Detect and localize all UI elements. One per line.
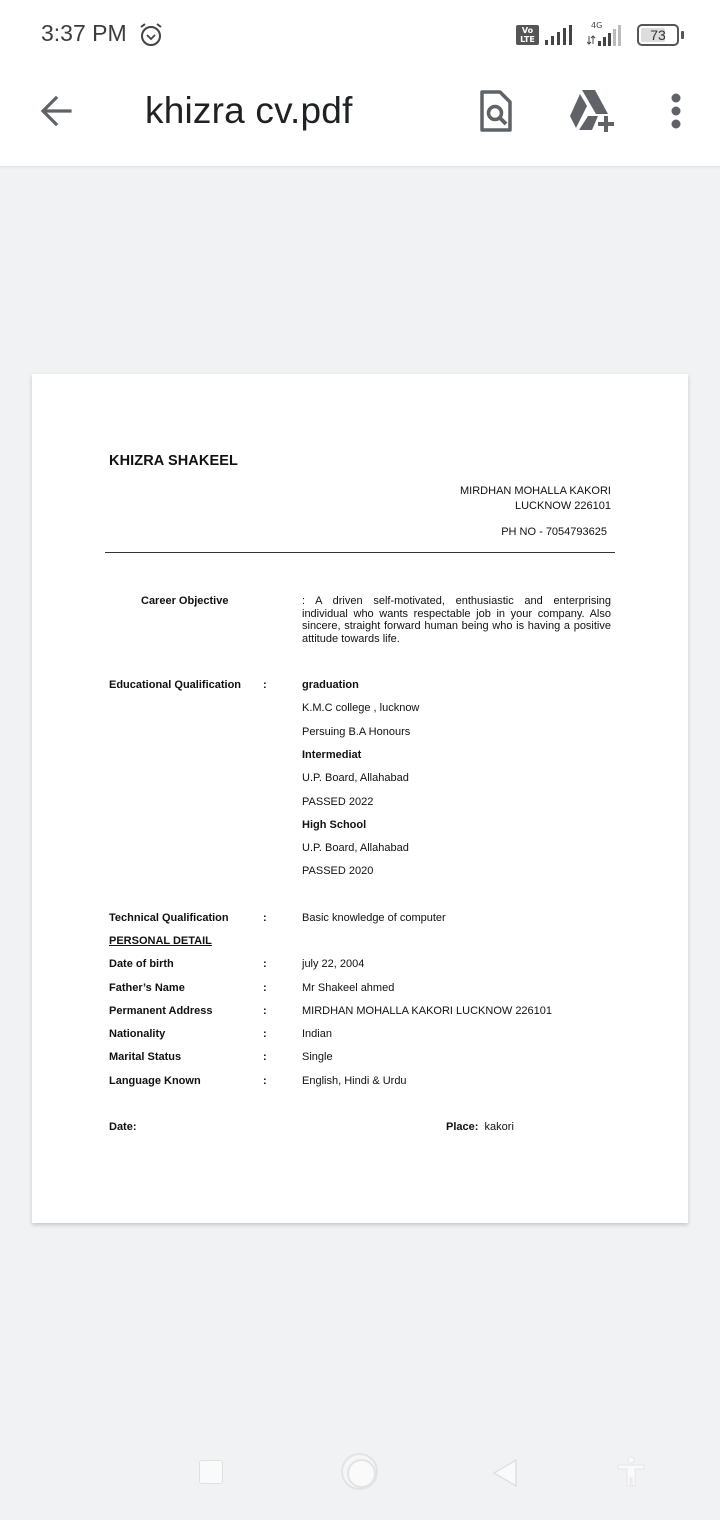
career-objective-label: Career Objective [141, 595, 228, 607]
personal-value: july 22, 2004 [302, 958, 364, 970]
education-line: graduation [302, 679, 359, 691]
system-nav-bar [0, 1430, 720, 1520]
personal-colon: : [263, 958, 267, 970]
volte-icon: Vo LTE [516, 25, 539, 45]
battery-tip [681, 31, 684, 39]
signal-4g-icon: 4G [587, 20, 627, 46]
address-line-2: LUCKNOW 226101 [460, 499, 611, 514]
search-document-icon[interactable] [478, 88, 514, 134]
personal-detail-heading: PERSONAL DETAIL [109, 935, 212, 947]
network-type-label: 4G [591, 21, 602, 30]
education-line: High School [302, 819, 366, 831]
accessibility-icon[interactable] [616, 1456, 646, 1488]
education-line: U.P. Board, Allahabad [302, 842, 409, 854]
place-field: Place: kakori [446, 1121, 514, 1133]
back-arrow-icon[interactable] [36, 90, 78, 132]
education-line: U.P. Board, Allahabad [302, 772, 409, 784]
personal-colon: : [263, 1051, 267, 1063]
cv-name: KHIZRA SHAKEEL [109, 453, 238, 469]
status-time: 3:37 PM [41, 20, 127, 47]
place-label: Place: [446, 1121, 478, 1133]
header-divider [105, 552, 615, 553]
education-line: PASSED 2022 [302, 796, 373, 808]
personal-colon: : [263, 1075, 267, 1087]
document-title: khizra cv.pdf [145, 90, 353, 132]
address-line-1: MIRDHAN MOHALLA KAKORI [460, 484, 611, 499]
pdf-page[interactable]: KHIZRA SHAKEEL MIRDHAN MOHALLA KAKORI LU… [32, 374, 688, 1223]
date-label: Date: [109, 1121, 137, 1133]
drive-add-icon[interactable] [568, 88, 618, 134]
battery-icon: 73 [637, 24, 679, 46]
personal-label: Father’s Name [109, 982, 185, 994]
volte-bottom: LTE [516, 35, 539, 44]
education-line: Persuing B.A Honours [302, 726, 410, 738]
personal-label: Language Known [109, 1075, 201, 1087]
education-line: Intermediat [302, 749, 361, 761]
personal-label: Permanent Address [109, 1005, 213, 1017]
personal-label: Marital Status [109, 1051, 181, 1063]
education-line: K.M.C college , lucknow [302, 702, 419, 714]
place-value: kakori [485, 1121, 514, 1133]
technical-label: Technical Qualification [109, 912, 229, 924]
personal-colon: : [263, 1005, 267, 1017]
career-objective-text: : A driven self-motivated, enthusiastic … [302, 595, 611, 645]
education-label: Educational Qualification [109, 679, 241, 691]
recents-button[interactable] [199, 1460, 223, 1484]
status-bar: 3:37 PM Vo LTE 4G 73 [0, 0, 720, 70]
app-bar: khizra cv.pdf [0, 70, 720, 167]
battery-percent: 73 [639, 27, 677, 43]
personal-value: MIRDHAN MOHALLA KAKORI LUCKNOW 226101 [302, 1005, 552, 1017]
personal-colon: : [263, 982, 267, 994]
technical-value: Basic knowledge of computer [302, 912, 446, 924]
personal-label: Nationality [109, 1028, 165, 1040]
alarm-icon [139, 22, 163, 48]
volte-top: Vo [516, 26, 539, 35]
personal-value: English, Hindi & Urdu [302, 1075, 407, 1087]
personal-colon: : [263, 1028, 267, 1040]
home-button[interactable] [341, 1453, 378, 1490]
technical-colon: : [263, 912, 267, 924]
signal-strength-icon [543, 25, 573, 45]
header-address: MIRDHAN MOHALLA KAKORI LUCKNOW 226101 [460, 484, 611, 514]
personal-value: Single [302, 1051, 333, 1063]
more-vert-icon[interactable] [664, 92, 688, 132]
phone-number: PH NO - 7054793625 [501, 526, 607, 538]
personal-value: Mr Shakeel ahmed [302, 982, 394, 994]
education-colon: : [263, 679, 267, 691]
personal-value: Indian [302, 1028, 332, 1040]
education-line: PASSED 2020 [302, 865, 373, 877]
back-triangle-icon[interactable] [492, 1458, 520, 1488]
personal-label: Date of birth [109, 958, 174, 970]
